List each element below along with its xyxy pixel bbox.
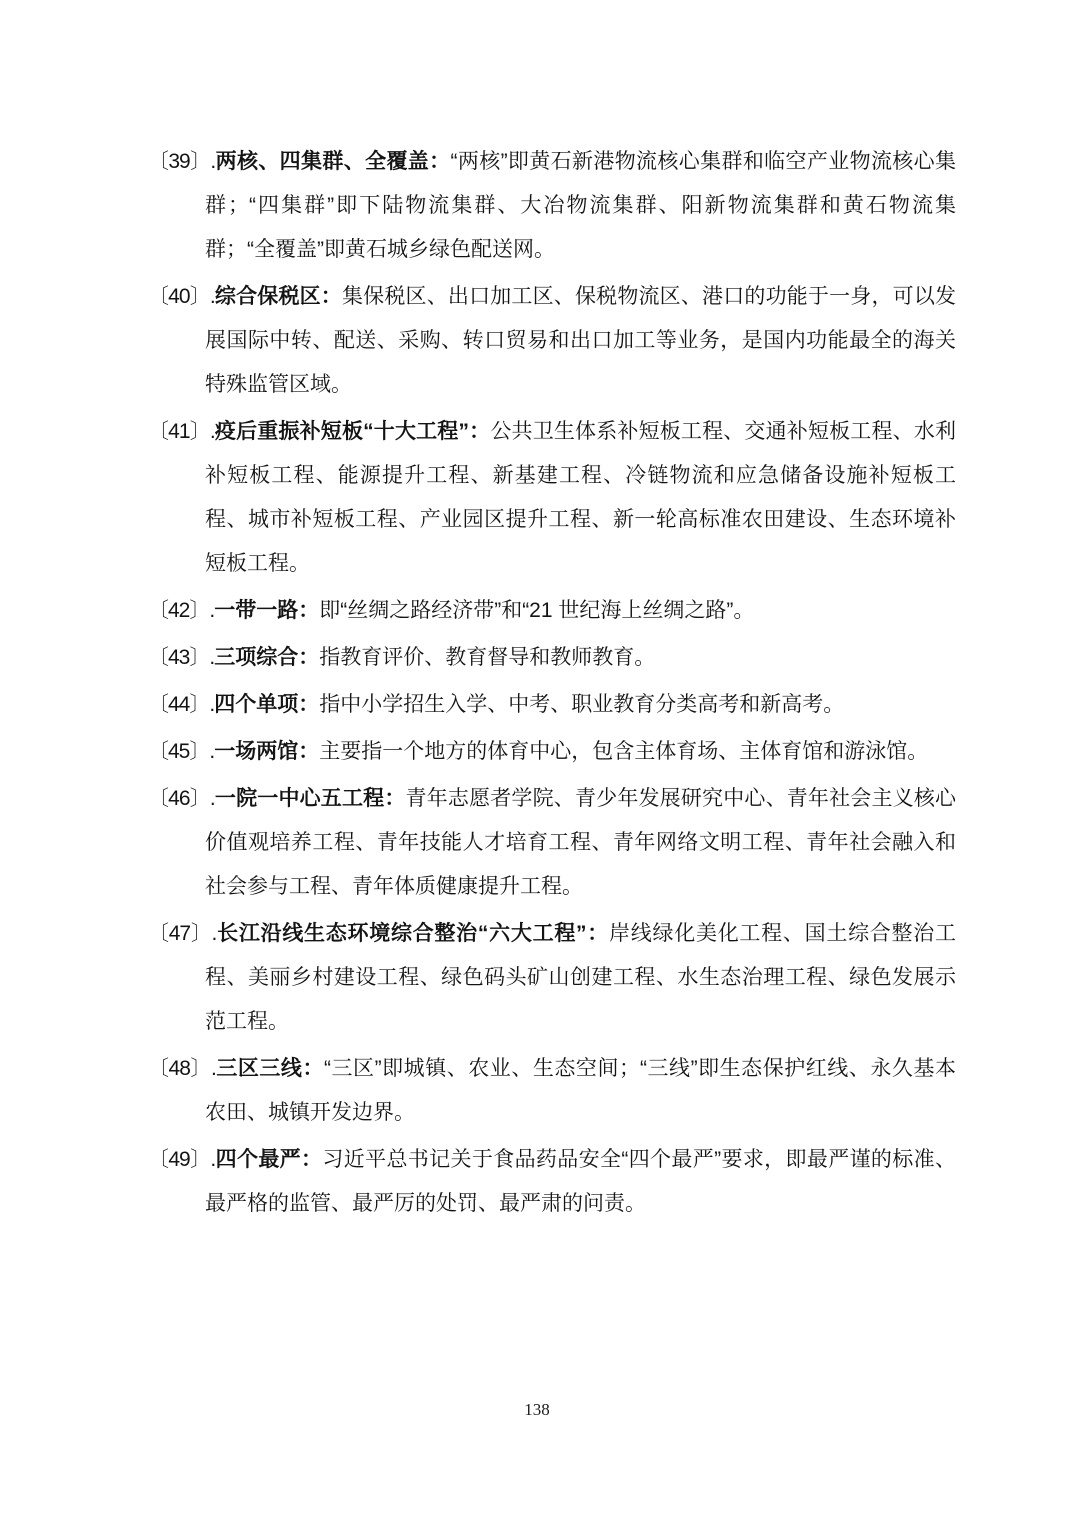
- entry-term: 一场两馆：: [214, 740, 319, 763]
- entry-number: 〔43〕.: [148, 646, 214, 669]
- page-number: 138: [524, 1400, 550, 1419]
- entry-number: 〔41〕.: [148, 420, 215, 443]
- entry-term: 一院一中心五工程：: [215, 787, 406, 810]
- glossary-entry: 〔44〕.四个单项：指中小学招生入学、中考、职业教育分类高考和新高考。: [148, 683, 956, 727]
- entry-term: 综合保税区：: [215, 285, 342, 308]
- document-page: 〔39〕.两核、四集群、全覆盖：“两核”即黄石新港物流核心集群和临空产业物流核心…: [0, 0, 1074, 1520]
- entry-definition: 公共卫生体系补短板工程、交通补短板工程、水利补短板工程、能源提升工程、新基建工程…: [205, 420, 956, 575]
- entry-number: 〔46〕.: [148, 787, 215, 810]
- entry-definition: 主要指一个地方的体育中心，包含主体育场、主体育馆和游泳馆。: [319, 740, 928, 763]
- entry-number: 〔48〕.: [148, 1057, 216, 1080]
- glossary-entry: 〔48〕.三区三线：“三区”即城镇、农业、生态空间；“三线”即生态保护红线、永久…: [148, 1047, 956, 1135]
- page-footer: 138: [0, 1400, 1074, 1420]
- glossary-entry: 〔40〕.综合保税区：集保税区、出口加工区、保税物流区、港口的功能于一身，可以发…: [148, 275, 956, 407]
- entry-term: 四个单项：: [214, 693, 319, 716]
- entry-number: 〔39〕.: [148, 150, 215, 173]
- glossary-entry: 〔46〕.一院一中心五工程：青年志愿者学院、青少年发展研究中心、青年社会主义核心…: [148, 777, 956, 909]
- entry-term: 两核、四集群、全覆盖：: [215, 150, 450, 173]
- entry-term: 四个最严：: [215, 1148, 322, 1171]
- entry-number: 〔47〕.: [148, 922, 216, 945]
- entry-definition: 指中小学招生入学、中考、职业教育分类高考和新高考。: [319, 693, 844, 716]
- glossary-entry: 〔49〕.四个最严：习近平总书记关于食品药品安全“四个最严”要求，即最严谨的标准…: [148, 1138, 956, 1226]
- entry-definition: 即“丝绸之路经济带”和“21 世纪海上丝绸之路”。: [319, 599, 754, 622]
- entry-term: 疫后重振补短板“十大工程”：: [215, 420, 491, 443]
- entry-term: 三区三线：: [216, 1057, 324, 1080]
- glossary-entry: 〔42〕.一带一路：即“丝绸之路经济带”和“21 世纪海上丝绸之路”。: [148, 589, 956, 633]
- entry-number: 〔40〕.: [148, 285, 215, 308]
- entry-term: 长江沿线生态环境综合整治“六大工程”：: [216, 922, 609, 945]
- glossary-entry: 〔47〕.长江沿线生态环境综合整治“六大工程”：岸线绿化美化工程、国土综合整治工…: [148, 912, 956, 1044]
- entry-number: 〔44〕.: [148, 693, 214, 716]
- entry-definition: 指教育评价、教育督导和教师教育。: [319, 646, 655, 669]
- entry-term: 一带一路：: [214, 599, 319, 622]
- glossary-entry: 〔41〕.疫后重振补短板“十大工程”：公共卫生体系补短板工程、交通补短板工程、水…: [148, 410, 956, 586]
- glossary-list: 〔39〕.两核、四集群、全覆盖：“两核”即黄石新港物流核心集群和临空产业物流核心…: [148, 140, 956, 1226]
- glossary-entry: 〔39〕.两核、四集群、全覆盖：“两核”即黄石新港物流核心集群和临空产业物流核心…: [148, 140, 956, 272]
- entry-number: 〔49〕.: [148, 1148, 215, 1171]
- entry-number: 〔42〕.: [148, 599, 214, 622]
- glossary-entry: 〔43〕.三项综合：指教育评价、教育督导和教师教育。: [148, 636, 956, 680]
- glossary-entry: 〔45〕.一场两馆：主要指一个地方的体育中心，包含主体育场、主体育馆和游泳馆。: [148, 730, 956, 774]
- entry-term: 三项综合：: [214, 646, 319, 669]
- entry-number: 〔45〕.: [148, 740, 214, 763]
